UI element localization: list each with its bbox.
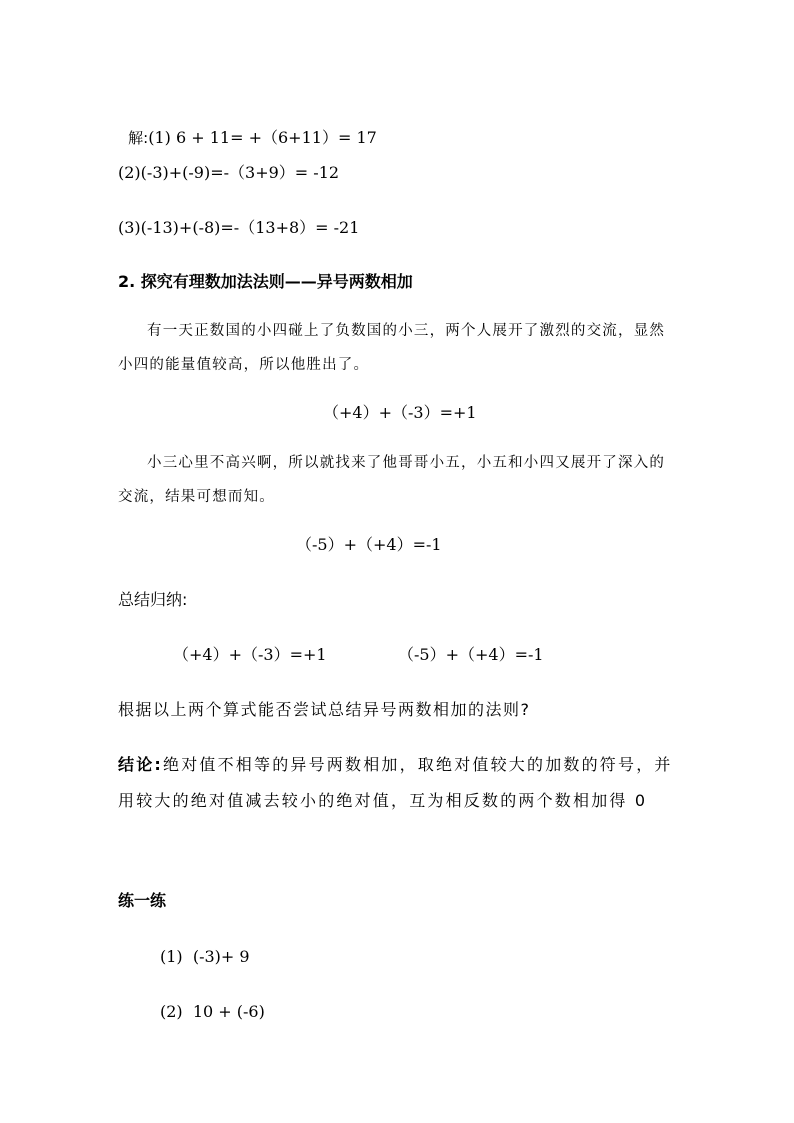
solution-line-1: 解:(1) 6 + 11= +（6+11）= 17 bbox=[118, 108, 377, 148]
conclusion-text: 绝对值不相等的异号两数相加，取绝对值较大的加数的符号，并用较大的绝对值减去较小的… bbox=[118, 755, 673, 810]
summary-formula-right: （-5）+（+4）=-1 bbox=[398, 645, 544, 665]
story-paragraph-1: 有一天正数国的小四碰上了负数国的小三，两个人展开了激烈的交流，显然小四的能量值较… bbox=[118, 314, 678, 382]
summary-formula-left: （+4）+（-3）=+1 bbox=[173, 645, 327, 665]
practice-item-2: (2) 10 + (-6) bbox=[160, 1002, 265, 1022]
story-formula-2: （-5）+（+4）=-1 bbox=[296, 535, 442, 555]
conclusion-label: 结论: bbox=[118, 755, 163, 774]
solution-line-3: (3)(-13)+(-8)=-（13+8）= -21 bbox=[118, 218, 359, 238]
story-formula-1: （+4）+（-3）=+1 bbox=[323, 403, 477, 423]
story-paragraph-2: 小三心里不高兴啊，所以就找来了他哥哥小五，小五和小四又展开了深入的交流，结果可想… bbox=[118, 446, 678, 514]
question-text: 根据以上两个算式能否尝试总结异号两数相加的法则? bbox=[118, 700, 531, 720]
practice-item-1: (1) (-3)+ 9 bbox=[160, 947, 250, 967]
section-heading: 2. 探究有理数加法法则——异号两数相加 bbox=[118, 272, 413, 292]
solution-line-2: (2)(-3)+(-9)=-（3+9）= -12 bbox=[118, 163, 339, 183]
summary-label: 总结归纳: bbox=[118, 590, 187, 610]
solution-expression-1: (1) 6 + 11= +（6+11）= 17 bbox=[148, 128, 377, 147]
solution-prefix: 解: bbox=[128, 129, 148, 147]
practice-title: 练一练 bbox=[118, 891, 166, 911]
conclusion-block: 结论:绝对值不相等的异号两数相加，取绝对值较大的加数的符号，并用较大的绝对值减去… bbox=[118, 747, 678, 819]
